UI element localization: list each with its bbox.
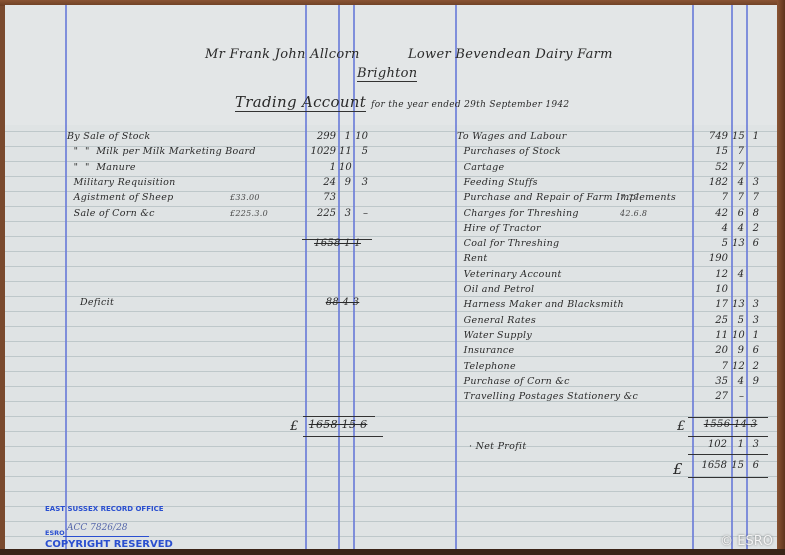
ledger-entry-pounds: 10 xyxy=(693,284,728,295)
ledger-entry-pence: 2 xyxy=(747,223,759,234)
ledger-entry-label: Oil and Petrol xyxy=(457,284,534,295)
credit-pence-line xyxy=(353,5,355,549)
ledger-entry-pence: 1 xyxy=(747,131,759,142)
ledger-entry-label: Feeding Stuffs xyxy=(457,177,538,188)
ledger-entry-pounds: 24 xyxy=(305,177,336,188)
ledger-entry-shillings: 5 xyxy=(732,315,744,326)
archive-stamp-ref-value: ACC 7826/28 xyxy=(67,523,128,533)
ledger-entry-label: Sale of Corn &c xyxy=(67,208,155,219)
ledger-entry-label: Travelling Postages Stationery &c xyxy=(457,391,638,402)
ledger-entry-pounds: 749 xyxy=(693,131,728,142)
ledger-entry-label: Telephone xyxy=(457,361,516,372)
ledger-entry-shillings: 4 xyxy=(732,269,744,280)
ledger-entry-shillings: 7 xyxy=(732,146,744,157)
net-profit-pounds: 102 xyxy=(693,439,727,450)
ledger-entry-label: Cartage xyxy=(457,162,504,173)
archive-stamp-ref-line xyxy=(63,536,149,537)
ledger-entry-shillings: 4 xyxy=(732,177,744,188)
ledger-entry-pence: 1 xyxy=(747,330,759,341)
ledger-entry-pence: 3 xyxy=(747,315,759,326)
ledger-entry-pence: 2 xyxy=(747,361,759,372)
ledger-entry-pounds: 1 xyxy=(305,162,336,173)
ledger-entry-pence: 6 xyxy=(747,238,759,249)
credit-struck-total: 1658 1 1 xyxy=(305,238,370,249)
ledger-entry-label: Purchases of Stock xyxy=(457,146,561,157)
credit-pounds-line xyxy=(305,5,307,549)
ledger-entry-label: Water Supply xyxy=(457,330,532,341)
net-profit-row: · Net Profit xyxy=(469,441,526,452)
ledger-entry-shillings: 9 xyxy=(732,345,744,356)
ledger-entry-pounds: 73 xyxy=(305,192,336,203)
ledger-entry-shillings: 9 xyxy=(339,177,351,188)
ledger-entry-label: " " Milk per Milk Marketing Board xyxy=(67,146,256,157)
debit-subtotal-rule-top xyxy=(688,417,768,418)
account-period: for the year ended 29th September 1942 xyxy=(371,100,569,110)
ledger-entry-pounds: 12 xyxy=(693,269,728,280)
ledger-entry-pounds: 17 xyxy=(693,299,728,310)
ledger-entry-pence: 5 xyxy=(354,146,368,157)
ledger-entry-pounds: 4 xyxy=(693,223,728,234)
ledger-entry-pounds: 11 xyxy=(693,330,728,341)
frame-edge-bottom xyxy=(0,549,785,555)
ledger-entry-pounds: 7 xyxy=(693,192,728,203)
ledger-entry-pence: 3 xyxy=(354,177,368,188)
ledger-entry-pence: 3 xyxy=(747,299,759,310)
net-profit-label: Net Profit xyxy=(476,441,527,452)
ledger-page: Mr Frank John Allcorn Lower Bevendean Da… xyxy=(5,5,777,549)
archive-stamp-copyright: COPYRIGHT RESERVED xyxy=(45,539,173,549)
ledger-entry-note: 42.6.8 xyxy=(620,209,647,218)
ledger-entry-pence: 9 xyxy=(747,376,759,387)
ledger-entry-label: Purchase and Repair of Farm Implements xyxy=(457,192,676,203)
debit-total-pence: 6 xyxy=(747,460,759,471)
ledger-entry-shillings: – xyxy=(732,391,744,402)
ledger-entry-pounds: 1029 xyxy=(305,146,336,157)
farm-name: Lower Bevendean Dairy Farm xyxy=(408,47,613,62)
debit-subtotal-value: 1556 14 3 xyxy=(693,419,768,430)
ledger-entry-pounds: 35 xyxy=(693,376,728,387)
ledger-entry-pounds: 42 xyxy=(693,208,728,219)
ledger-entry-label: Hire of Tractor xyxy=(457,223,541,234)
ledger-entry-shillings: 13 xyxy=(732,238,744,249)
ledger-entry-shillings: 13 xyxy=(732,299,744,310)
ledger-entry-note: £33.00 xyxy=(230,193,260,202)
ledger-entry-pounds: 20 xyxy=(693,345,728,356)
debit-total-pounds: 1658 xyxy=(693,460,727,471)
credit-grand-rule-top xyxy=(303,416,375,417)
account-title-text: Trading Account xyxy=(235,93,366,112)
town-name: Brighton xyxy=(357,66,417,82)
ledger-entry-label: Insurance xyxy=(457,345,514,356)
debit-subtotal-currency: £ xyxy=(677,419,686,434)
ledger-entry-shillings: 10 xyxy=(339,162,351,173)
ledger-entry-pence: 7 xyxy=(747,192,759,203)
credit-total-value: 1658 15 6 xyxy=(307,418,369,431)
ledger-entry-shillings: 4 xyxy=(732,376,744,387)
ledger-entry-shillings: 4 xyxy=(732,223,744,234)
ledger-entry-pounds: 225 xyxy=(305,208,336,219)
ledger-entry-pounds: 7 xyxy=(693,361,728,372)
ledger-entry-note: £225.3.0 xyxy=(230,209,268,218)
credit-grand-rule-bottom xyxy=(303,436,383,437)
ledger-entry-pounds: 299 xyxy=(305,131,336,142)
ledger-entry-note: 7.77 xyxy=(620,193,639,202)
ledger-entry-label: General Rates xyxy=(457,315,536,326)
ledger-entry-pounds: 190 xyxy=(693,253,728,264)
ledger-entry-pence: – xyxy=(354,208,368,219)
ledger-entry-shillings: 7 xyxy=(732,192,744,203)
owner-name: Mr Frank John Allcorn xyxy=(205,47,360,62)
ledger-entry-pounds: 27 xyxy=(693,391,728,402)
frame-edge-right xyxy=(777,0,785,555)
ledger-entry-label: " " Manure xyxy=(67,162,136,173)
ledger-entry-label: Rent xyxy=(457,253,488,264)
ledger-entry-shillings: 10 xyxy=(732,330,744,341)
ledger-entry-shillings: 6 xyxy=(732,208,744,219)
ledger-entry-label: Agistment of Sheep xyxy=(67,192,174,203)
ledger-entry-label: Veterinary Account xyxy=(457,269,562,280)
ledger-entry-label: To Wages and Labour xyxy=(457,131,567,142)
ledger-entry-label: By Sale of Stock xyxy=(67,131,150,142)
archive-stamp-office: EAST SUSSEX RECORD OFFICE xyxy=(45,505,164,513)
deficit-label: Deficit xyxy=(80,297,114,308)
ledger-entry-label: Purchase of Corn &c xyxy=(457,376,570,387)
debit-total-shillings: 15 xyxy=(730,460,744,471)
ledger-entry-pence: 3 xyxy=(747,177,759,188)
net-profit-shillings: 1 xyxy=(732,439,744,450)
ledger-entry-pounds: 5 xyxy=(693,238,728,249)
debit-total-rule-top xyxy=(688,454,768,455)
ledger-entry-label: Coal for Threshing xyxy=(457,238,559,249)
net-profit-pence: 3 xyxy=(747,439,759,450)
ledger-entry-pounds: 52 xyxy=(693,162,728,173)
ledger-entry-shillings: 15 xyxy=(732,131,744,142)
deficit-value: 88 4 3 xyxy=(315,297,370,308)
ledger-entry-label: Harness Maker and Blacksmith xyxy=(457,299,624,310)
ledger-entry-pounds: 25 xyxy=(693,315,728,326)
copyright-watermark: © ESRO xyxy=(720,534,773,549)
ledger-entry-shillings: 12 xyxy=(732,361,744,372)
ledger-entry-label: Military Requisition xyxy=(67,177,176,188)
ledger-entry-shillings: 1 xyxy=(339,131,351,142)
credit-total-currency: £ xyxy=(290,419,299,434)
archive-stamp-ref-label: ESRO xyxy=(45,529,65,537)
debit-total-rule-bottom xyxy=(688,477,768,478)
debit-total-currency: £ xyxy=(673,460,683,478)
debit-subtotal-rule-bottom xyxy=(688,436,768,437)
ledger-entry-shillings: 3 xyxy=(339,208,351,219)
account-title: Trading Account for the year ended 29th … xyxy=(235,93,569,111)
credit-shillings-line xyxy=(338,5,340,549)
ledger-entry-shillings: 7 xyxy=(732,162,744,173)
margin-line xyxy=(65,5,67,549)
ledger-entry-pence: 10 xyxy=(354,131,368,142)
ledger-entry-pence: 6 xyxy=(747,345,759,356)
ledger-entry-pounds: 182 xyxy=(693,177,728,188)
ledger-entry-pounds: 15 xyxy=(693,146,728,157)
ledger-entry-shillings: 11 xyxy=(339,146,351,157)
ledger-entry-label: Charges for Threshing xyxy=(457,208,579,219)
ledger-entry-pence: 8 xyxy=(747,208,759,219)
